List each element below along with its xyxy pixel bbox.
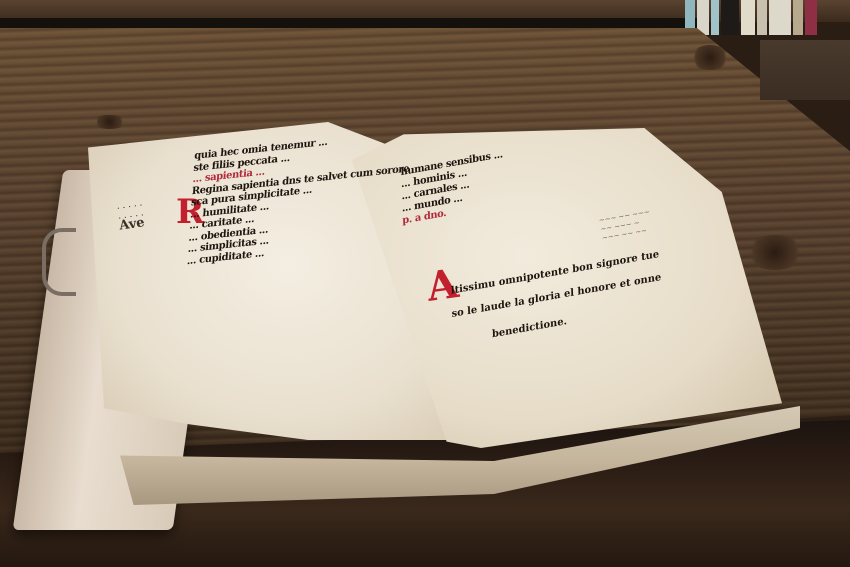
- left-page-text: quia hec omia tenemur ... ste filiis pec…: [187, 128, 414, 267]
- wood-knot: [92, 115, 127, 129]
- photo-scene: . . . . .. . . . . Ave R quia hec omia t…: [0, 0, 850, 567]
- wood-knot: [745, 235, 805, 270]
- wood-knot: [690, 45, 730, 70]
- book-clasp: [42, 228, 76, 296]
- background-books: [685, 0, 850, 35]
- left-marginal-note: . . . . .. . . . . Ave: [116, 198, 146, 232]
- desk-side-board: [760, 40, 850, 100]
